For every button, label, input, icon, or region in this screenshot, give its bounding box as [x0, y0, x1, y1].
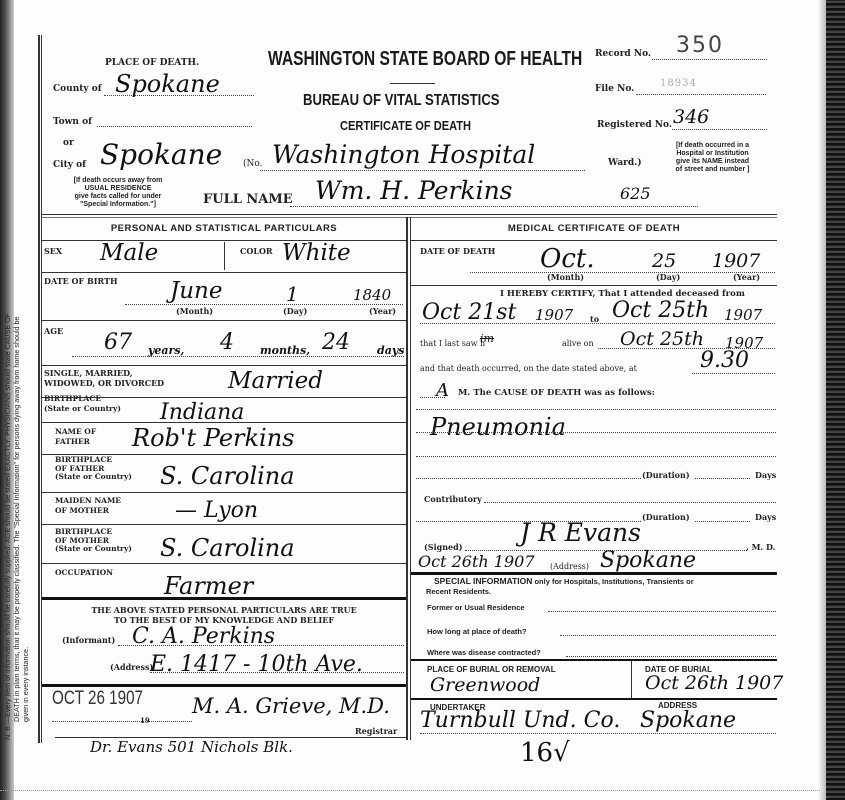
alive-on-label: alive on — [562, 339, 594, 348]
occupation-value[interactable]: Farmer — [164, 572, 253, 600]
special-info-text2: Recent Residents. — [426, 587, 491, 596]
physician-address-label: (Address) — [550, 562, 589, 571]
mother-maiden-label-line: MAIDEN NAME — [55, 496, 121, 506]
md-label: , M. D. — [746, 542, 775, 552]
town-label: Town of — [53, 117, 92, 127]
signed-label: (Signed) — [424, 542, 462, 552]
row-rule — [42, 422, 406, 423]
months-label: months, — [260, 344, 310, 357]
days-label: days — [377, 344, 404, 357]
meridiem[interactable]: A — [436, 380, 449, 401]
attended-from-year[interactable]: 1907 — [535, 306, 573, 324]
sex-value[interactable]: Male — [100, 240, 158, 266]
special-info: SPECIAL INFORMATION only for Hospitals, … — [434, 576, 694, 586]
birthplace-label-line: (State or Country) — [44, 404, 121, 414]
record-no-label: Record No. — [595, 49, 651, 59]
county-value[interactable]: Spokane — [115, 70, 220, 98]
attestation-line: THE ABOVE STATED PERSONAL PARTICULARS AR… — [42, 605, 406, 615]
ward-label: Ward.) — [608, 158, 642, 168]
contributory-label: Contributory — [424, 494, 482, 504]
father-name-label-line: NAME OF — [55, 427, 96, 437]
informant-address-value[interactable]: E. 1417 - 10th Ave. — [150, 652, 363, 677]
informant-value[interactable]: C. A. Perkins — [132, 624, 275, 649]
dod-day-caption: (Day) — [656, 272, 680, 282]
section-rule — [42, 684, 406, 687]
undertaker-value[interactable]: Turnbull Und. Co. — [420, 708, 620, 733]
dob-month[interactable]: June — [170, 278, 222, 304]
days-label-1: Days — [755, 470, 776, 480]
father-birthplace-label: BIRTHPLACE OF FATHER (State or Country) — [55, 456, 132, 482]
father-name-value[interactable]: Rob't Perkins — [132, 424, 295, 452]
dod-month[interactable]: Oct. — [540, 244, 595, 274]
margin-note-line: N. B.—Every item of information should b… — [3, 20, 12, 740]
margin-note-line: DEATH in plain terms, that it may be pro… — [12, 20, 21, 740]
residence-note-line: "Special Information."] — [53, 201, 183, 209]
attestation: THE ABOVE STATED PERSONAL PARTICULARS AR… — [42, 605, 406, 625]
town-line — [97, 126, 252, 127]
city-label: City of — [53, 160, 86, 170]
marital-label-line: WIDOWED, OR DIVORCED — [44, 378, 164, 388]
row-rule — [42, 240, 406, 241]
frame-left-inner — [41, 35, 42, 743]
father-birthplace-label-line: (State or Country) — [55, 473, 132, 482]
duration-line-2 — [695, 521, 750, 522]
dob-label: DATE OF BIRTH — [44, 276, 118, 286]
attended-to[interactable]: Oct 25th — [612, 298, 709, 323]
cause-line-2 — [416, 432, 776, 433]
filed-19: 19 — [140, 716, 150, 725]
no-label: (No. — [243, 159, 263, 169]
registrar-signature: M. A. Grieve, M.D. — [192, 694, 390, 718]
column-divider-2 — [410, 217, 411, 740]
attended-to-year[interactable]: 1907 — [724, 306, 762, 324]
undertaker-line — [420, 733, 776, 734]
physician-signature: J R Evans — [520, 518, 641, 547]
dod-day[interactable]: 25 — [652, 250, 676, 272]
special-info-text: only for Hospitals, Institutions, Transi… — [532, 577, 693, 586]
birthplace-label-line: BIRTHPLACE — [44, 394, 121, 404]
section-rule — [42, 597, 406, 600]
hospital-note-line: give its NAME instead — [655, 158, 770, 166]
cause-value[interactable]: Pneumonia — [430, 413, 566, 441]
days-label-2: Days — [755, 512, 776, 522]
dob-year-caption: (Year) — [369, 306, 396, 316]
attended-from[interactable]: Oct 21st — [422, 300, 516, 325]
age-days-value[interactable]: 24 — [322, 330, 350, 355]
frame-left — [38, 35, 40, 743]
death-time-text: and that death occurred, on the date sta… — [420, 364, 637, 373]
or-label: or — [63, 138, 74, 148]
row-rule — [42, 563, 406, 564]
cause-line-1 — [416, 409, 776, 410]
full-name-value[interactable]: Wm. H. Perkins — [315, 176, 513, 205]
title-rule — [390, 83, 435, 84]
dob-day-caption: (Day) — [283, 306, 307, 316]
hospital-note-line: Hospital or Institution — [655, 150, 770, 158]
years-label: years, — [148, 344, 184, 357]
row-rule — [411, 240, 777, 241]
scan-right-edge — [826, 0, 845, 800]
informant-label: (Informant) — [62, 635, 115, 645]
birthplace-label: BIRTHPLACE (State or Country) — [44, 394, 121, 414]
occupation-label: OCCUPATION — [55, 568, 113, 578]
mother-maiden-label: MAIDEN NAME OF MOTHER — [55, 496, 121, 516]
dob-month-caption: (Month) — [176, 306, 213, 316]
duration-label-2: (Duration) — [642, 512, 690, 522]
row-rule — [42, 365, 406, 366]
color-value[interactable]: White — [282, 240, 351, 266]
age-months-value[interactable]: 4 — [220, 330, 234, 355]
page-mark: 16√ — [520, 738, 570, 768]
cause-text: M. The CAUSE OF DEATH was as follows: — [458, 388, 655, 398]
margin-instructions: N. B.—Every item of information should b… — [3, 20, 30, 740]
margin-note-line: given in every instance. — [21, 20, 30, 740]
sex-label: SEX — [44, 246, 62, 256]
physician-address-value[interactable]: Spokane — [600, 548, 696, 573]
where-contracted-label: Where was disease contracted? — [427, 648, 541, 657]
marital-label: SINGLE, MARRIED, WIDOWED, OR DIVORCED — [44, 368, 164, 388]
death-time-line — [692, 373, 775, 374]
dod-year[interactable]: 1907 — [712, 250, 760, 272]
residence-note-line: [If death occurs away from — [53, 177, 183, 185]
row-rule — [42, 524, 406, 525]
mother-birthplace-label-line: (State or Country) — [55, 545, 132, 554]
file-no-label: File No. — [595, 84, 634, 94]
registered-no-label: Registered No. — [597, 120, 672, 130]
mother-maiden-label-line: OF MOTHER — [55, 506, 121, 516]
filed-date-line — [52, 721, 192, 722]
dob-year[interactable]: 1840 — [353, 286, 391, 304]
last-saw-date[interactable]: Oct 25th — [620, 328, 704, 350]
cause-line-4 — [416, 478, 641, 479]
last-saw-him: im — [480, 332, 494, 345]
father-name-label: NAME OF FATHER — [55, 427, 96, 447]
row-rule — [42, 272, 406, 273]
row-rule — [42, 320, 406, 321]
dod-year-caption: (Year) — [733, 272, 760, 282]
hospital-note: [If death occurred in a Hospital or Inst… — [655, 142, 770, 174]
how-long-line — [560, 635, 776, 636]
dod-month-caption: (Month) — [547, 272, 584, 282]
to-label: to — [590, 314, 599, 324]
address-label: (Address) — [110, 662, 153, 672]
section-rule — [411, 659, 777, 661]
title-board-of-health: WASHINGTON STATE BOARD OF HEALTH — [268, 48, 582, 71]
section-rule — [411, 698, 777, 700]
cause-line-3 — [416, 456, 776, 457]
bottom-scan-rule — [0, 790, 820, 791]
dod-label: DATE OF DEATH — [420, 246, 495, 256]
file-no-line — [636, 94, 766, 95]
header-rule — [42, 214, 777, 215]
duration-label-1: (Duration) — [642, 470, 690, 480]
residence-note-line: USUAL RESIDENCE — [53, 185, 183, 193]
dod-line — [470, 272, 775, 273]
residence-note-line: give facts called for under — [53, 193, 183, 201]
hospital-note-line: of street and number ] — [655, 166, 770, 174]
color-label: COLOR — [240, 246, 273, 256]
undertaker-address-value[interactable]: Spokane — [640, 708, 736, 733]
where-contracted-line — [566, 656, 776, 657]
section-rule — [411, 572, 777, 575]
medical-section-title: MEDICAL CERTIFICATE OF DEATH — [411, 223, 777, 234]
age-years-value[interactable]: 67 — [104, 330, 132, 355]
last-saw-text: that I last saw h — [420, 339, 485, 348]
place-of-death-label: PLACE OF DEATH. — [105, 58, 199, 68]
mother-maiden-value[interactable]: — Lyon — [175, 498, 258, 523]
age-label: AGE — [44, 326, 63, 336]
dob-day[interactable]: 1 — [286, 282, 299, 306]
father-birthplace-value[interactable]: S. Carolina — [160, 462, 295, 490]
institution-line — [260, 170, 585, 171]
former-residence-label: Former or Usual Residence — [427, 603, 525, 612]
registered-no-value[interactable]: 346 — [673, 106, 709, 128]
residence-note: [If death occurs away from USUAL RESIDEN… — [53, 177, 183, 209]
scan-right-edge-shadow — [818, 0, 826, 800]
record-no-value[interactable]: 350 — [676, 33, 724, 58]
duration-line-1 — [695, 478, 750, 479]
burial-place-value[interactable]: Greenwood — [430, 674, 540, 696]
marital-label-line: SINGLE, MARRIED, — [44, 368, 164, 378]
contributory-line — [484, 502, 776, 503]
full-name-line — [290, 206, 698, 207]
title-certificate: CERTIFICATE OF DEATH — [340, 118, 471, 133]
sex-color-divider — [224, 242, 225, 270]
title-bureau: BUREAU OF VITAL STATISTICS — [303, 92, 500, 110]
registered-no-line — [672, 129, 767, 130]
county-label: County of — [53, 84, 102, 94]
institution-value[interactable]: Washington Hospital — [272, 140, 535, 169]
row-rule — [42, 492, 406, 493]
burial-date-value[interactable]: Oct 26th 1907 — [645, 672, 783, 694]
father-name-label-line: FATHER — [55, 437, 96, 447]
mother-birthplace-label: BIRTHPLACE OF MOTHER (State or Country) — [55, 528, 132, 554]
city-value[interactable]: Spokane — [100, 138, 222, 171]
full-name-label: FULL NAME — [203, 192, 293, 207]
special-info-title: SPECIAL INFORMATION — [434, 576, 532, 586]
death-time[interactable]: 9.30 — [700, 348, 749, 373]
burial-place-label: PLACE OF BURIAL OR REMOVAL — [427, 665, 556, 674]
former-residence-line — [548, 611, 776, 612]
row-rule — [411, 285, 777, 286]
signed-date[interactable]: Oct 26th 1907 — [418, 552, 535, 571]
record-no-line — [652, 59, 767, 60]
file-no-value[interactable]: 18934 — [660, 78, 697, 89]
age-line — [72, 356, 404, 357]
marital-value[interactable]: Married — [228, 368, 323, 394]
full-name-extra: 625 — [620, 184, 651, 203]
hospital-note-line: [If death occurred in a — [655, 142, 770, 150]
filed-date-stamp: OCT 26 1907 — [52, 688, 143, 710]
registrar-label: Registrar — [355, 726, 397, 736]
personal-section-title: PERSONAL AND STATISTICAL PARTICULARS — [42, 223, 406, 234]
column-divider — [406, 217, 408, 740]
how-long-label: How long at place of death? — [427, 627, 527, 636]
bottom-note: Dr. Evans 501 Nichols Blk. — [90, 738, 293, 756]
dob-line — [125, 304, 403, 305]
mother-birthplace-value[interactable]: S. Carolina — [160, 534, 295, 562]
burial-divider — [631, 661, 632, 699]
